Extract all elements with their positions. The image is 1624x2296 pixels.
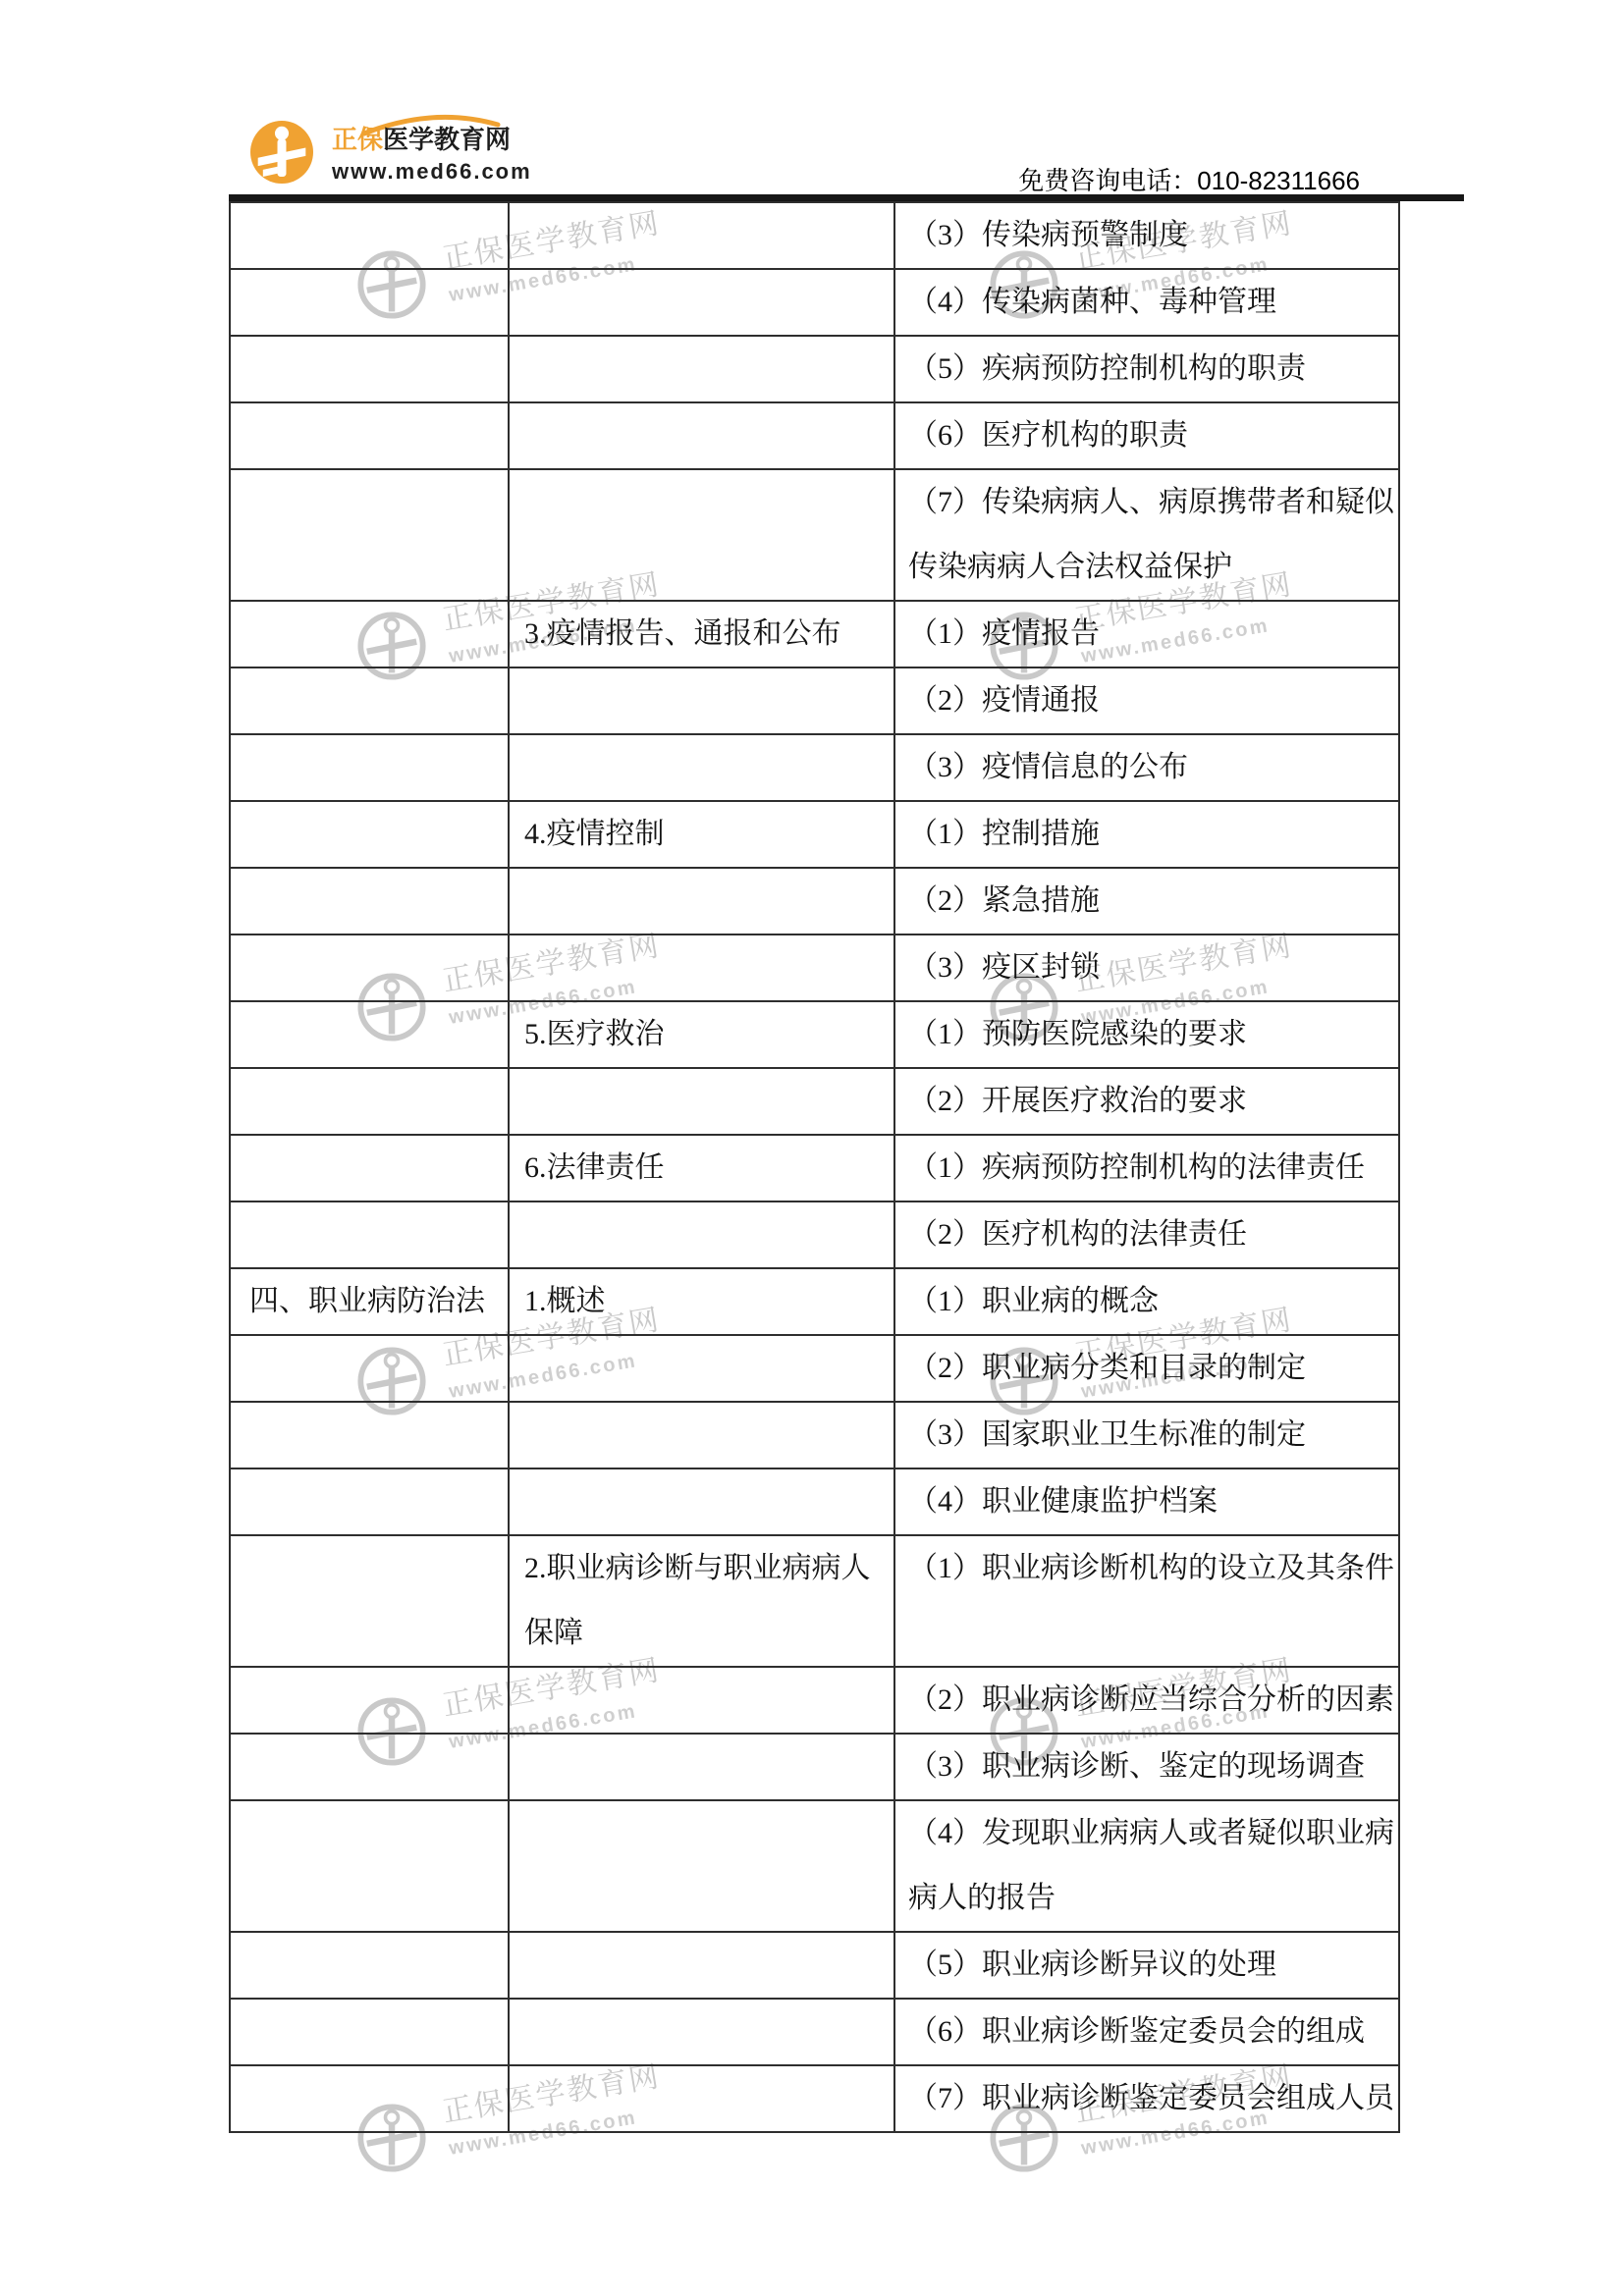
logo-site-url: www.med66.com [332, 159, 532, 185]
brand-name-part1: 正保 [332, 125, 383, 154]
phone-info: 免费咨询电话：010-82311666 [1018, 161, 1360, 197]
med66-logo-icon [250, 121, 313, 184]
logo-text-block: 正保医学教育网 www.med66.com [332, 125, 532, 185]
brand-name: 正保医学教育网 [332, 125, 532, 154]
brand-name-part2: 医学教育网 [383, 125, 511, 154]
header-divider [229, 194, 1464, 201]
page-header: 正保医学教育网 www.med66.com 免费咨询电话：010-8231166… [0, 0, 1624, 2296]
document-page: 正保医学教育网 www.med66.com 正保医学教育网 www.med66.… [0, 0, 1624, 2296]
